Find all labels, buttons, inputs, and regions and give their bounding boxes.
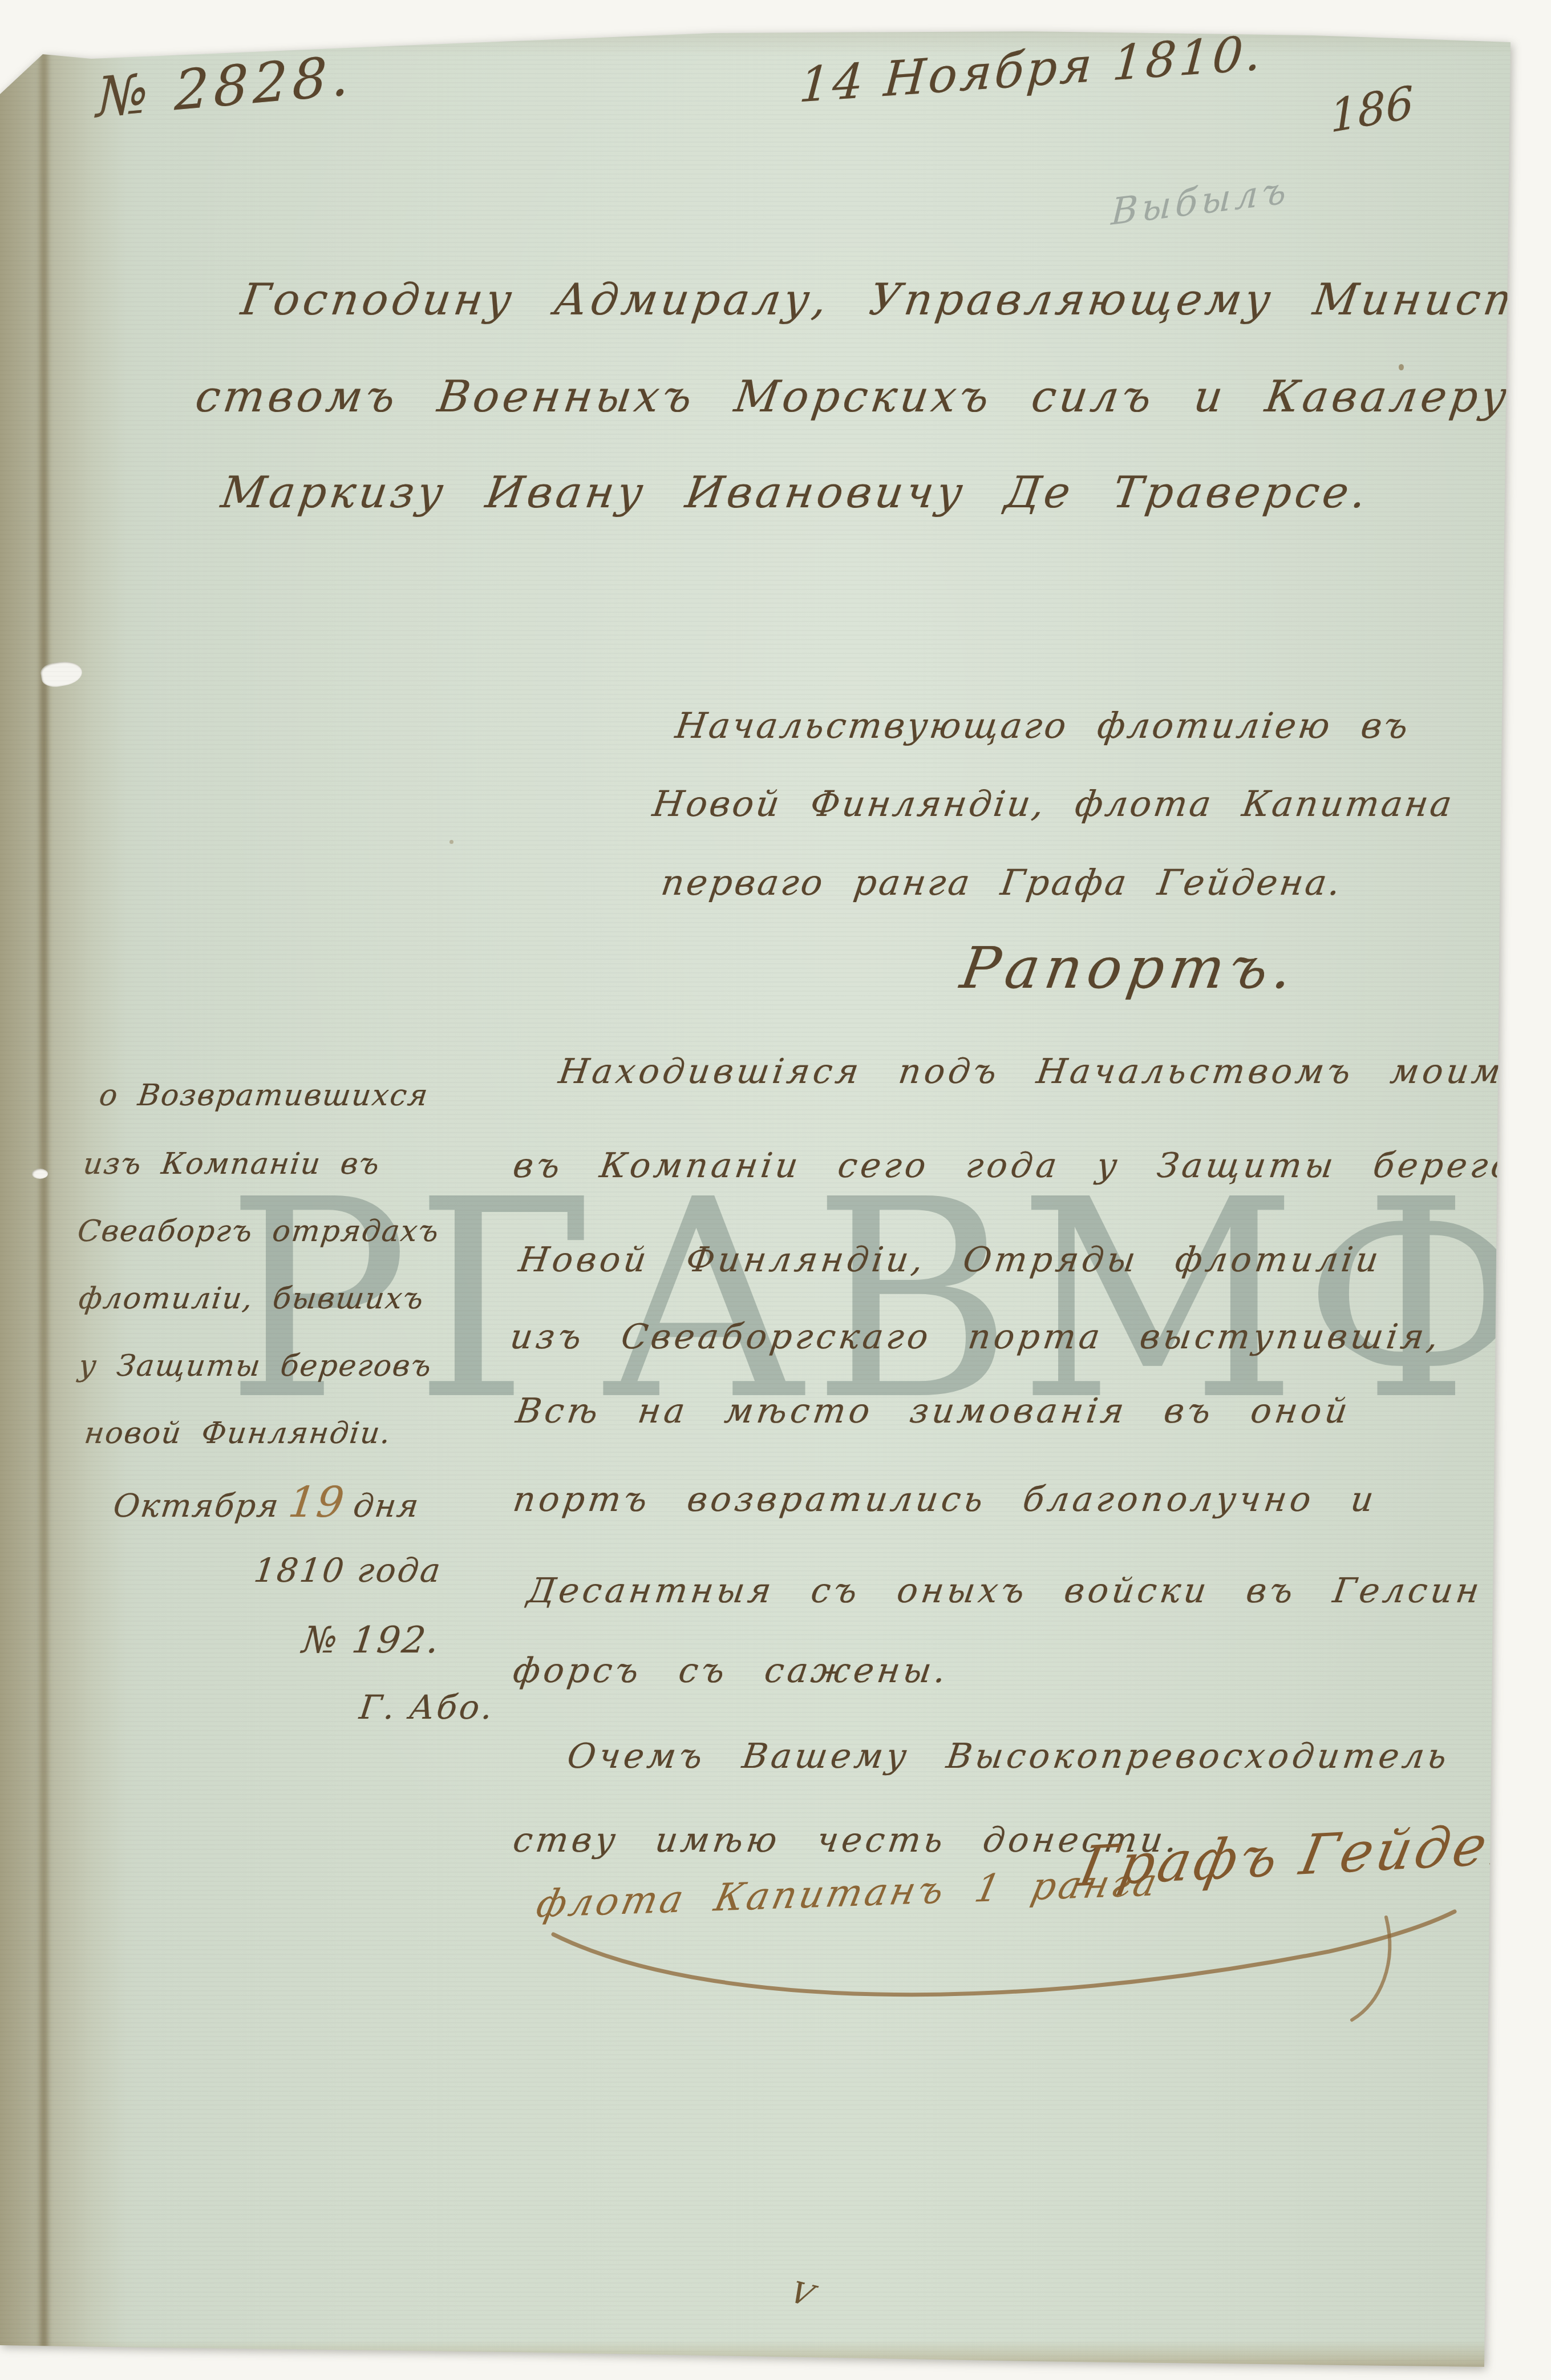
ink-speck	[1399, 364, 1404, 370]
punch-hole	[32, 1169, 48, 1179]
body-line: Находившіяся подъ Начальствомъ моимъ	[556, 1052, 1533, 1092]
margin-note-line: флотиліи, бывшихъ	[77, 1282, 427, 1316]
date-month: Октября	[111, 1488, 282, 1525]
margin-place: Г. Або.	[358, 1688, 497, 1727]
address-line: Маркизу Ивану Ивановичу Де Траверсе.	[218, 467, 1372, 518]
page-number: 186	[1329, 76, 1415, 143]
body-line: въ Компаніи сего года у Защиты береговъ	[511, 1146, 1551, 1186]
sender-line: Новой Финляндіи, флота Капитана	[650, 783, 1457, 825]
margin-note-line: новой Финляндіи.	[83, 1416, 394, 1450]
body-line: Десантныя съ оныхъ войски въ Гелсин	[525, 1571, 1485, 1611]
closing-line: Очемъ Вашему Высокопревосходитель	[565, 1736, 1452, 1776]
body-line: Новой Финляндіи, Отряды флотиліи	[516, 1240, 1384, 1280]
address-line: ствомъ Военныхъ Морскихъ силъ и Кавалеру	[192, 371, 1513, 422]
sender-line: Начальствующаго флотиліею въ	[673, 705, 1413, 746]
document-page: РГАВМФ № 2828. 14 Ноября 1810. 186 Выбыл…	[0, 0, 1551, 2380]
margin-note-line: Свеаборгъ отрядахъ	[76, 1214, 442, 1248]
sender-line: перваго ранга Графа Гейдена.	[659, 862, 1346, 903]
margin-date-year: 1810 года	[252, 1551, 444, 1590]
scan-background: РГАВМФ № 2828. 14 Ноября 1810. 186 Выбыл…	[0, 0, 1551, 2380]
date-day-word: дня	[351, 1488, 422, 1525]
fold-crease	[40, 51, 48, 2369]
paper-bottom-edge	[0, 2340, 1551, 2380]
signature-flourish	[542, 1900, 1466, 2031]
body-line: портъ возвратились благополучно и	[511, 1480, 1379, 1520]
report-title: Рапортъ.	[956, 935, 1302, 1001]
address-line: Господину Адмиралу, Управляющему Министе…	[238, 274, 1551, 325]
ink-speck	[449, 840, 453, 844]
body-line: Всѣ на мѣсто зимованія въ оной	[513, 1391, 1353, 1431]
body-line: изъ Свеаборгскаго порта выступившія,	[508, 1317, 1444, 1357]
binding-edge	[0, 0, 125, 2380]
margin-note-line: у Защиты береговъ	[77, 1349, 434, 1383]
margin-note-line: о Возвратившихся	[98, 1078, 431, 1113]
margin-note-line: изъ Компаніи въ	[82, 1147, 382, 1181]
margin-date: Октября19дня	[111, 1478, 423, 1527]
ink-mark: V	[785, 2276, 818, 2313]
pencil-annotation: Выбылъ	[1110, 169, 1291, 235]
margin-doc-number: № 192.	[300, 1619, 443, 1662]
body-line: форсъ съ сажены.	[511, 1651, 951, 1691]
paper-top-edge	[0, 0, 1551, 66]
date-day: 19	[286, 1478, 348, 1527]
